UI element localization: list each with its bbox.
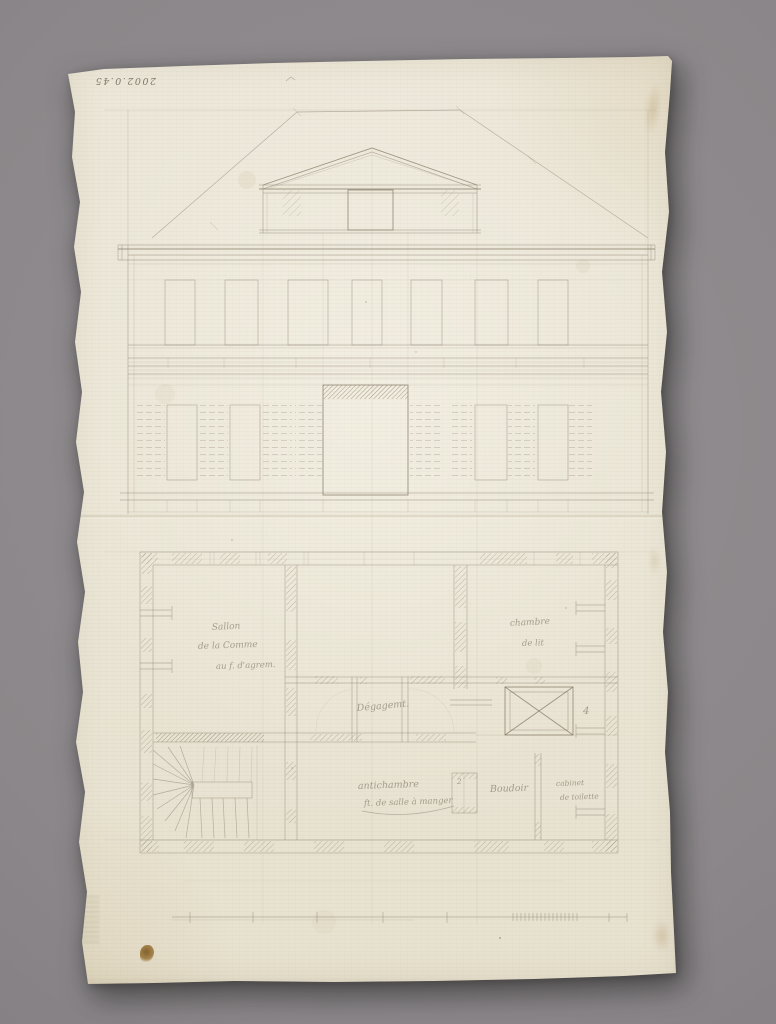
central-doorway (323, 385, 408, 495)
base-lines (120, 493, 654, 512)
label-salon-line-3: au f. d'agrem. (216, 660, 276, 672)
lightwell-x-brace (505, 687, 573, 735)
eaves-cornice (118, 245, 655, 264)
construction-lines-roof (104, 106, 656, 245)
label-cabinet-line-1: cabinet (556, 778, 585, 788)
scale-bar (172, 912, 627, 923)
photo-background: Sallon de la Comme au f. d'agrem. chambr… (0, 0, 776, 1024)
attic-door (348, 190, 393, 230)
accession-number-inscription: 2002.0.45 (76, 68, 156, 86)
pencil-tick (286, 77, 295, 81)
facade-elevation (104, 106, 656, 514)
upper-floor-windows (128, 280, 648, 348)
room-labels: Sallon de la Comme au f. d'agrem. chambr… (198, 617, 600, 815)
label-degagement: Dégagemt. (355, 698, 409, 714)
label-antichambre-line-2: ft. de salle à manger (363, 795, 454, 809)
annotation-closet-digit: 2 (456, 778, 462, 786)
label-chambre-line-2: de lit (522, 638, 545, 649)
ground-floor-openings (128, 385, 648, 495)
winder-staircase (153, 745, 257, 840)
label-salon-line-1: Sallon (212, 622, 241, 633)
label-antichambre-line-1: antichambre (358, 779, 420, 792)
drawing-sheet: Sallon de la Comme au f. d'agrem. chambr… (64, 52, 680, 988)
entablature-band (128, 358, 648, 378)
architectural-drawing: Sallon de la Comme au f. d'agrem. chambr… (64, 52, 680, 988)
annotation-bay-digit: 4 (582, 706, 589, 717)
roof-outline (152, 110, 648, 238)
paper-shadow-wrap: Sallon de la Comme au f. d'agrem. chambr… (64, 52, 680, 988)
label-chambre-line-1: chambre (510, 617, 551, 629)
extended-construction-lines (104, 512, 660, 924)
label-boudoir: Boudoir (489, 783, 530, 795)
floor-plan (104, 512, 660, 924)
attic-pediment (259, 148, 481, 233)
label-salon-line-2: de la Comme (198, 640, 258, 652)
label-cabinet-line-2: de toilette (560, 792, 600, 802)
